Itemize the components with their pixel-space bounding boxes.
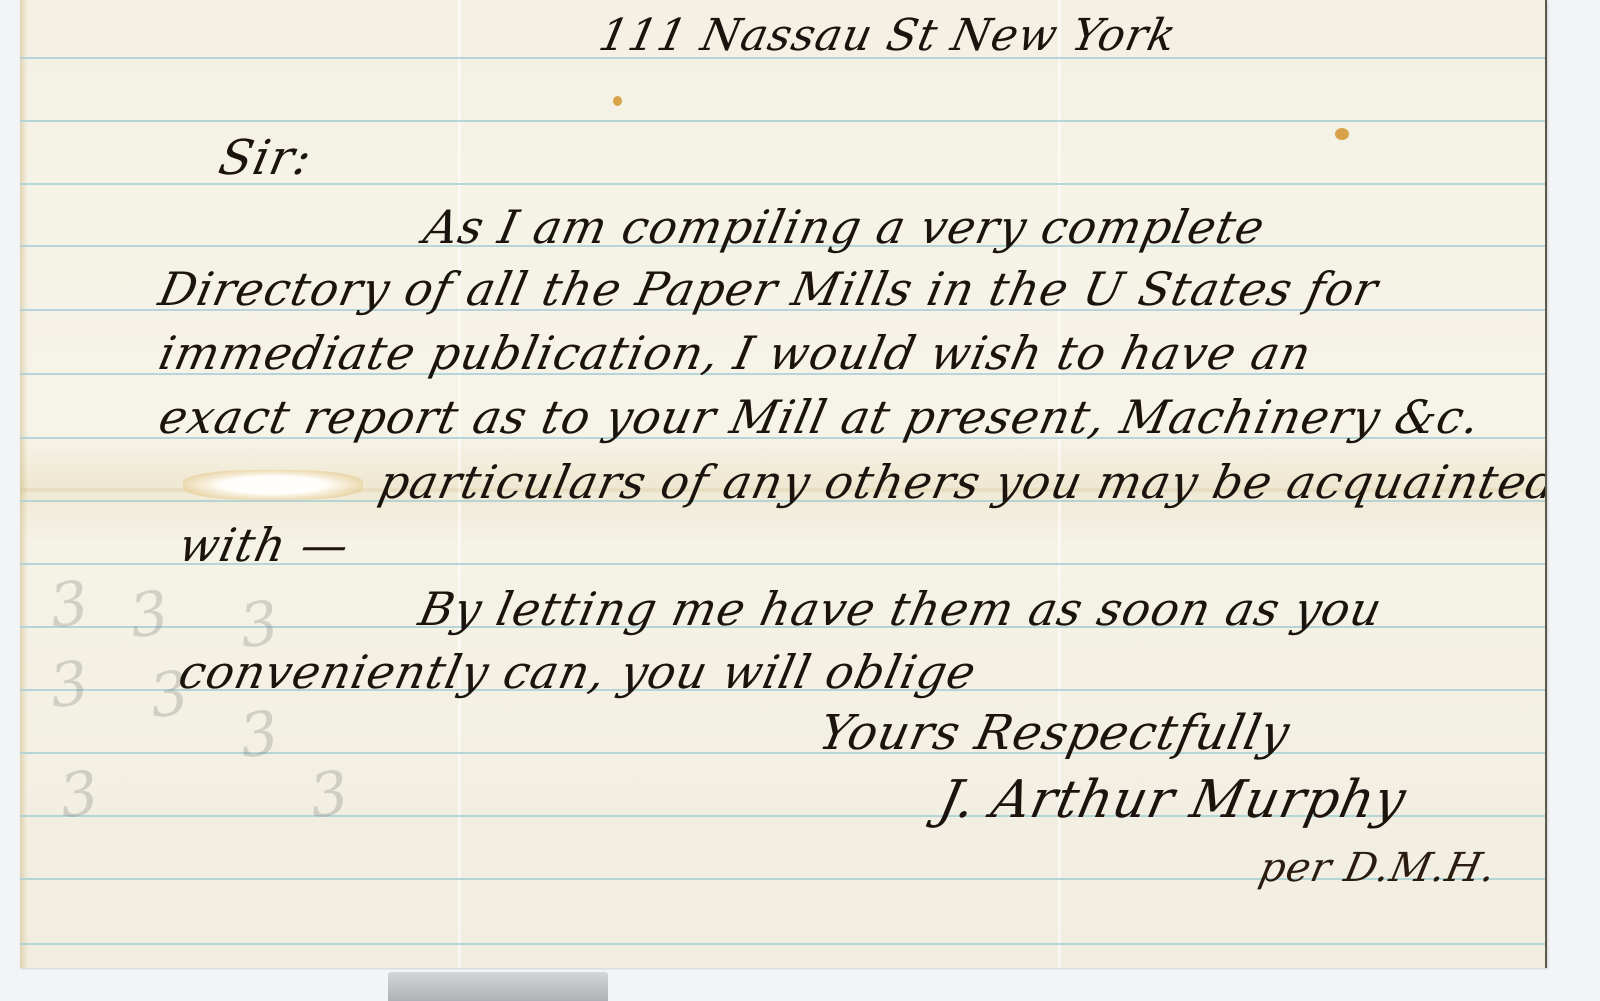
letter-body-line: By letting me have them as soon as you [414,582,1387,636]
ruled-line [20,120,1545,122]
paper-hole [183,470,363,500]
bleed-through-mark: 3 [45,648,93,723]
letter-body-line: Directory of all the Paper Mills in the … [154,262,1383,316]
bleed-through-mark: 3 [55,758,103,833]
bleed-through-mark: 3 [305,758,353,833]
letter-body-line: with — [174,518,354,572]
holder-clip [388,972,608,1001]
bleed-through-mark: 3 [235,698,283,773]
letter-body-line: immediate publication, I would wish to h… [154,326,1316,380]
letter-body-line: As I am compiling a very complete [419,200,1270,254]
ink-stain [613,96,622,106]
ruled-line [20,943,1545,945]
letter-body-line: conveniently can, you will oblige [174,645,981,699]
letter-address: 111 Nassau St New York [595,10,1182,61]
letter-per-note: per D.M.H. [1255,845,1501,891]
ink-stain [1335,128,1349,140]
letter-closing: Yours Respectfully [814,705,1295,761]
letter-body-line: exact report as to your Mill at present,… [154,390,1485,444]
letter-signature: J. Arthur Murphy [934,770,1412,830]
bleed-through-mark: 3 [125,578,173,653]
bleed-through-mark: 3 [45,568,93,643]
letter-paper: 3 3 3 3 3 3 3 3 111 Nassau St New York S… [20,0,1547,968]
letter-body-line: particulars of any others you may be acq… [374,455,1547,509]
letter-salutation: Sir: [214,130,317,186]
